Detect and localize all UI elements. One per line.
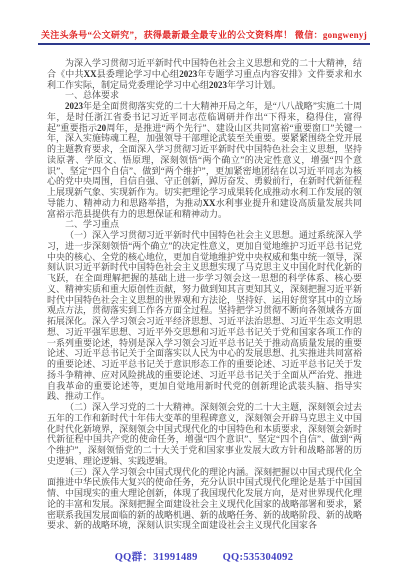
qq-group-text: QQ群：31991489 bbox=[115, 552, 198, 563]
document-page: 关注头条号“公文研究”，获得最新最全最专业的公文资料库！ 微信：gongweny… bbox=[0, 0, 408, 580]
document-body: 为深入学习贯彻习近平新时代中国特色社会主义思想和党的二十大精神，结合《中共XX县… bbox=[0, 45, 408, 531]
section-heading-2: 二、学习重点 bbox=[47, 219, 362, 230]
body-paragraph: （三）深入学习领会中国式现代化的理论内涵。深刻把握以中国式现代化全面推进中华民族… bbox=[47, 467, 362, 532]
body-paragraph: （一）深入学习贯彻习近平新时代中国特色社会主义思想。通过系统深入学习，进一步深刻… bbox=[47, 230, 362, 402]
body-paragraph: （二）深入学习党的二十大精神。深刻领会党的二十大主题，深刻领会过去五年的工作和新… bbox=[47, 402, 362, 467]
section-heading-1: 一、总体要求 bbox=[47, 90, 362, 101]
page-header: 关注头条号“公文研究”，获得最新最全最专业的公文资料库！ 微信：gongweny… bbox=[0, 0, 408, 45]
body-paragraph: 2023年是全面贯彻落实党的二十大精神开局之年，是“八八战略”实施二十周年，是时… bbox=[47, 101, 362, 219]
header-promo-text: 关注头条号“公文研究”，获得最新最全最专业的公文资料库！ 微信：gongweny… bbox=[38, 28, 370, 45]
page-footer: QQ群：31991489 QQ:535304092 bbox=[0, 549, 408, 564]
intro-paragraph: 为深入学习贯彻习近平新时代中国特色社会主义思想和党的二十大精神，结合《中共XX县… bbox=[47, 58, 362, 90]
qq-number-text: QQ:535304092 bbox=[223, 552, 294, 563]
